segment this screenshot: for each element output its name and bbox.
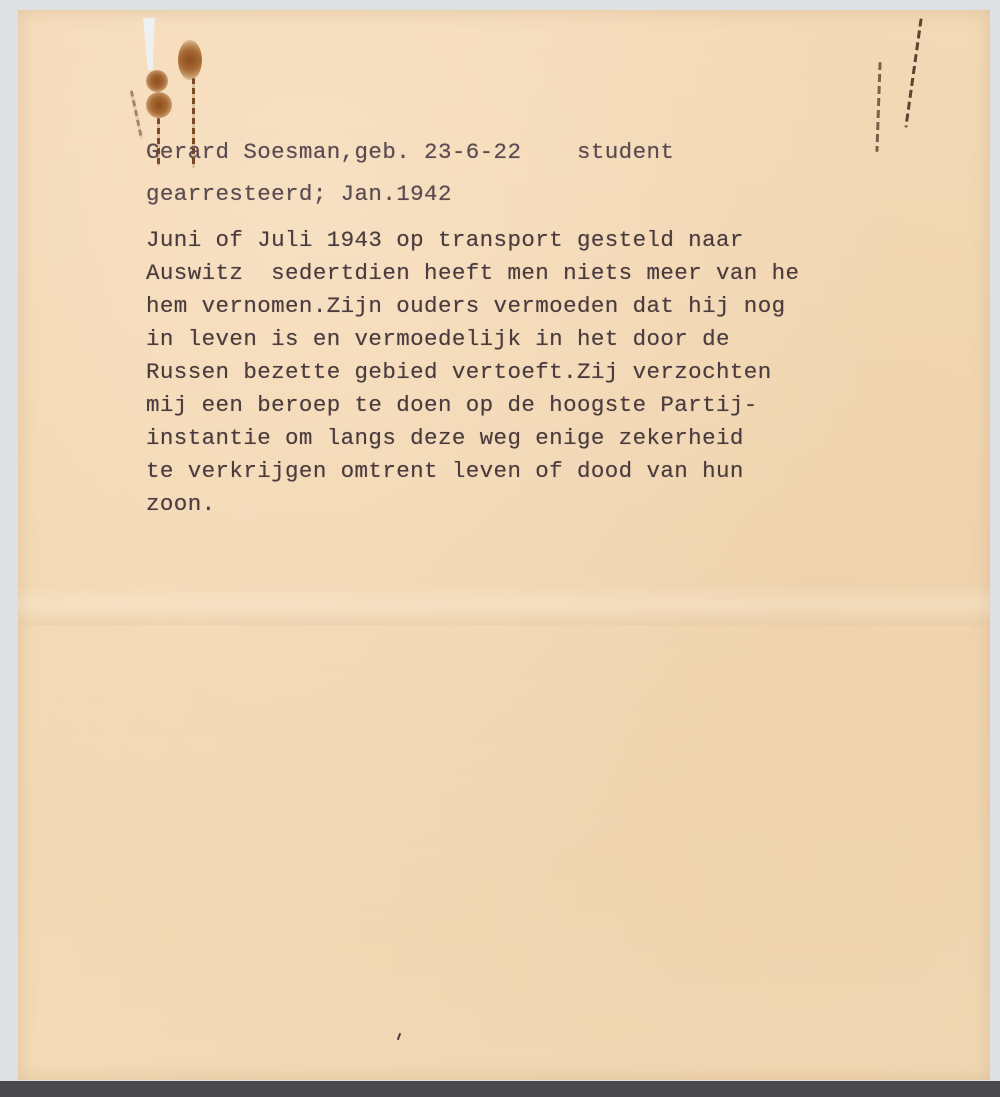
body-line: instantie om langs deze weg enige zekerh… — [146, 422, 799, 455]
body-line: zoon. — [146, 488, 799, 521]
body-line: Juni of Juli 1943 op transport gesteld n… — [146, 224, 799, 257]
body-line: Auswitz sedertdien heeft men niets meer … — [146, 257, 799, 290]
body-line: in leven is en vermoedelijk in het door … — [146, 323, 799, 356]
rust-stain — [146, 92, 172, 118]
paper-fold — [18, 585, 990, 625]
scanned-document: Gerard Soesman,geb. 23-6-22 student gear… — [0, 0, 1000, 1097]
rust-stain — [146, 70, 168, 92]
body-line: hem vernomen.Zijn ouders vermoeden dat h… — [146, 290, 799, 323]
header-arrest-line: gearresteerd; Jan.1942 — [146, 172, 799, 224]
header-name-line: Gerard Soesman,geb. 23-6-22 student — [146, 132, 799, 172]
body-line: mij een beroep te doen op de hoogste Par… — [146, 389, 799, 422]
scanner-bed-edge — [0, 1081, 1000, 1097]
typed-text: Gerard Soesman,geb. 23-6-22 student gear… — [146, 132, 799, 521]
body-line: te verkrijgen omtrent leven of dood van … — [146, 455, 799, 488]
rust-stain — [178, 40, 202, 80]
body-line: Russen bezette gebied vertoeft.Zij verzo… — [146, 356, 799, 389]
